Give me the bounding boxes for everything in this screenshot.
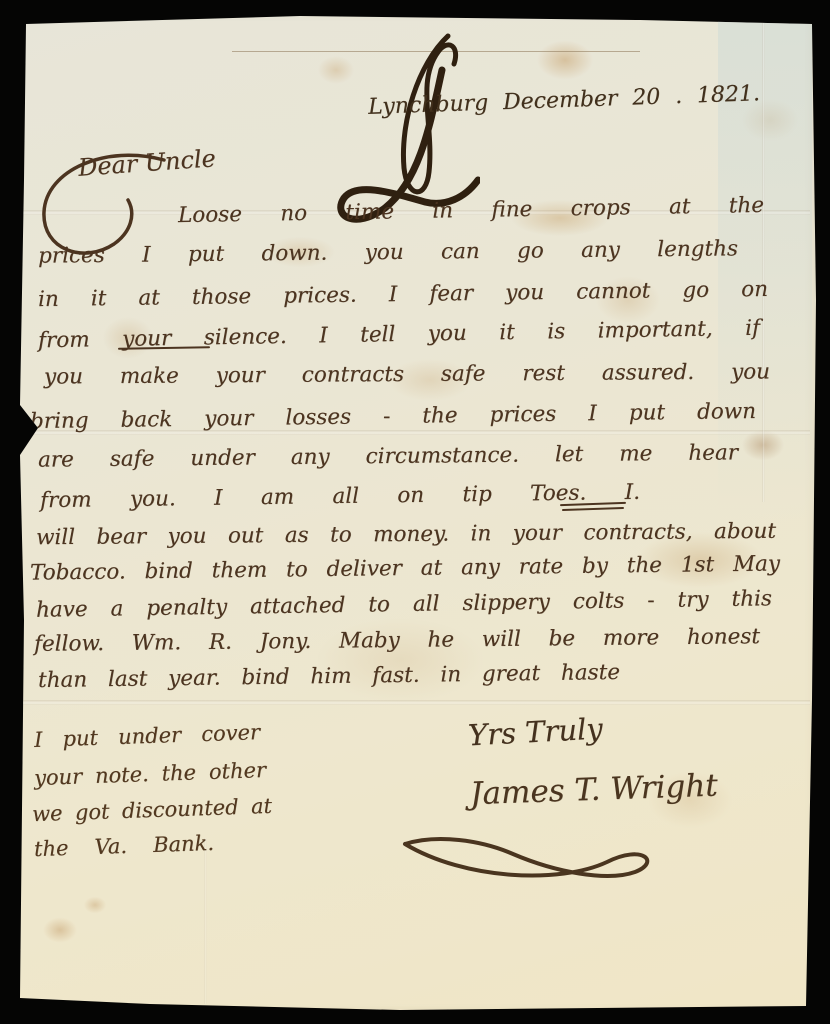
scan-background: Lynchburg December 20 . 1821. Dear Uncle… xyxy=(0,0,830,1024)
paper-edge-shading xyxy=(0,0,830,1024)
letter-paper: Lynchburg December 20 . 1821. Dear Uncle… xyxy=(0,0,830,1024)
